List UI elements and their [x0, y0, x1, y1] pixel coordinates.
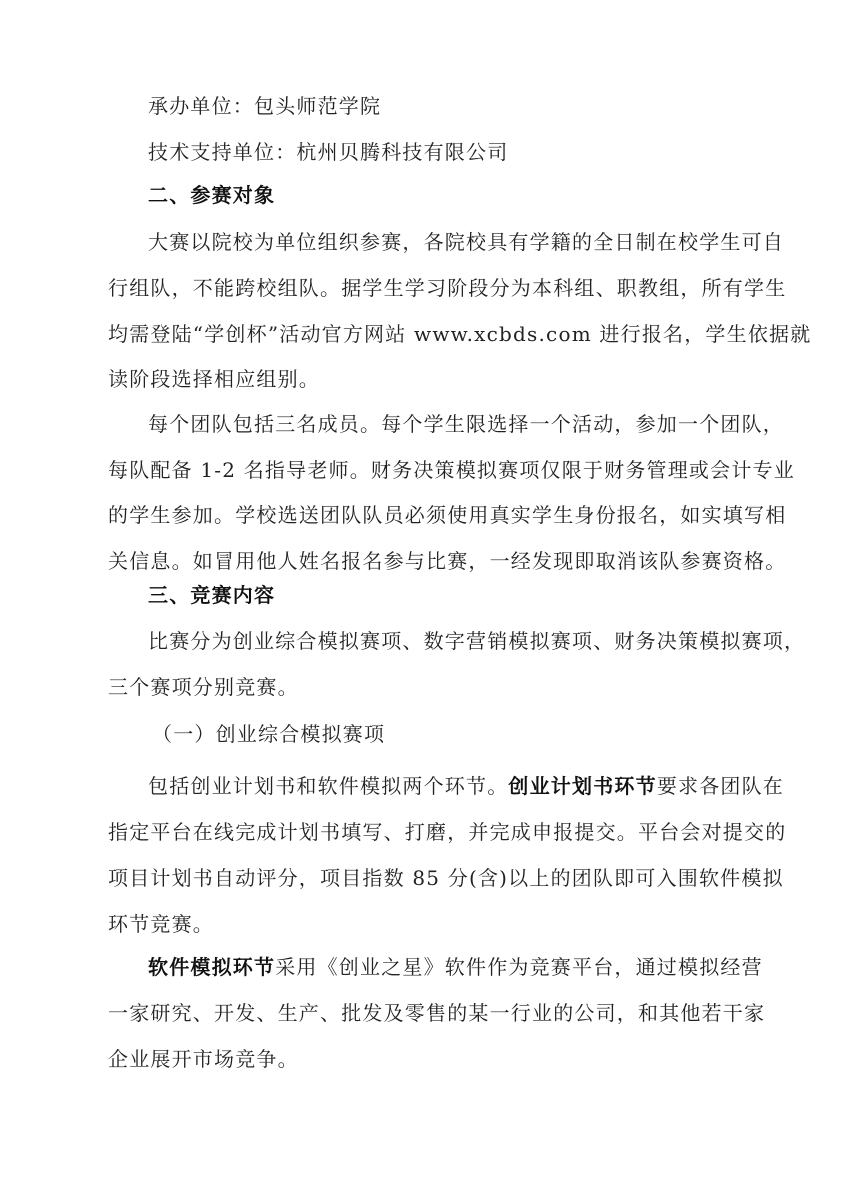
document-page: 承办单位：包头师范学院 技术支持单位：杭州贝腾科技有限公司 二、参赛对象 大赛以… [0, 0, 849, 1200]
paragraph-line: 每队配备 1-2 名指导老师。财务决策模拟赛项仅限于财务管理或会计专业 [108, 458, 742, 482]
paragraph-text: 要求各团队在 [657, 774, 784, 798]
paragraph-line: 读阶段选择相应组别。 [108, 367, 742, 391]
tech-support-line: 技术支持单位：杭州贝腾科技有限公司 [148, 140, 782, 164]
paragraph-text: 包括创业计划书和软件模拟两个环节。 [148, 774, 508, 798]
paragraph-line: 大赛以院校为单位组织参赛，各院校具有学籍的全日制在校学生可自 [148, 230, 742, 254]
paragraph-line: 均需登陆“学创杯”活动官方网站 www.xcbds.com 进行报名，学生依据就 [108, 322, 742, 346]
host-unit-line: 承办单位：包头师范学院 [148, 94, 782, 118]
section-heading-participants: 二、参赛对象 [148, 183, 782, 207]
paragraph-line: 软件模拟环节采用《创业之星》软件作为竞赛平台，通过模拟经营 [148, 955, 742, 979]
bold-term-software-sim: 软件模拟环节 [148, 955, 275, 979]
paragraph-line: 的学生参加。学校选送团队队员必须使用真实学生身份报名，如实填写相 [108, 503, 742, 527]
paragraph-line: 包括创业计划书和软件模拟两个环节。创业计划书环节要求各团队在 [148, 774, 742, 798]
paragraph-line: 项目计划书自动评分，项目指数 85 分(含)以上的团队即可入围软件模拟 [108, 866, 742, 890]
paragraph-text: 采用《创业之星》软件作为竞赛平台，通过模拟经营 [275, 955, 763, 979]
bold-term-business-plan: 创业计划书环节 [508, 774, 656, 798]
subsection-heading: （一）创业综合模拟赛项 [152, 722, 786, 746]
paragraph-line: 指定平台在线完成计划书填写、打磨，并完成申报提交。平台会对提交的 [108, 820, 742, 844]
paragraph-line: 行组队，不能跨校组队。据学生学习阶段分为本科组、职教组，所有学生 [108, 276, 742, 300]
paragraph-line: 每个团队包括三名成员。每个学生限选择一个活动，参加一个团队， [148, 412, 742, 436]
section-heading-content: 三、竞赛内容 [148, 583, 782, 607]
paragraph-line: 比赛分为创业综合模拟赛项、数字营销模拟赛项、财务决策模拟赛项， [148, 629, 742, 653]
paragraph-line: 企业展开市场竞争。 [108, 1047, 742, 1071]
paragraph-line: 三个赛项分别竞赛。 [108, 675, 742, 699]
paragraph-line: 环节竞赛。 [108, 912, 742, 936]
paragraph-line: 关信息。如冒用他人姓名报名参与比赛，一经发现即取消该队参赛资格。 [108, 549, 742, 573]
paragraph-line: 一家研究、开发、生产、批发及零售的某一行业的公司，和其他若干家 [108, 1001, 742, 1025]
